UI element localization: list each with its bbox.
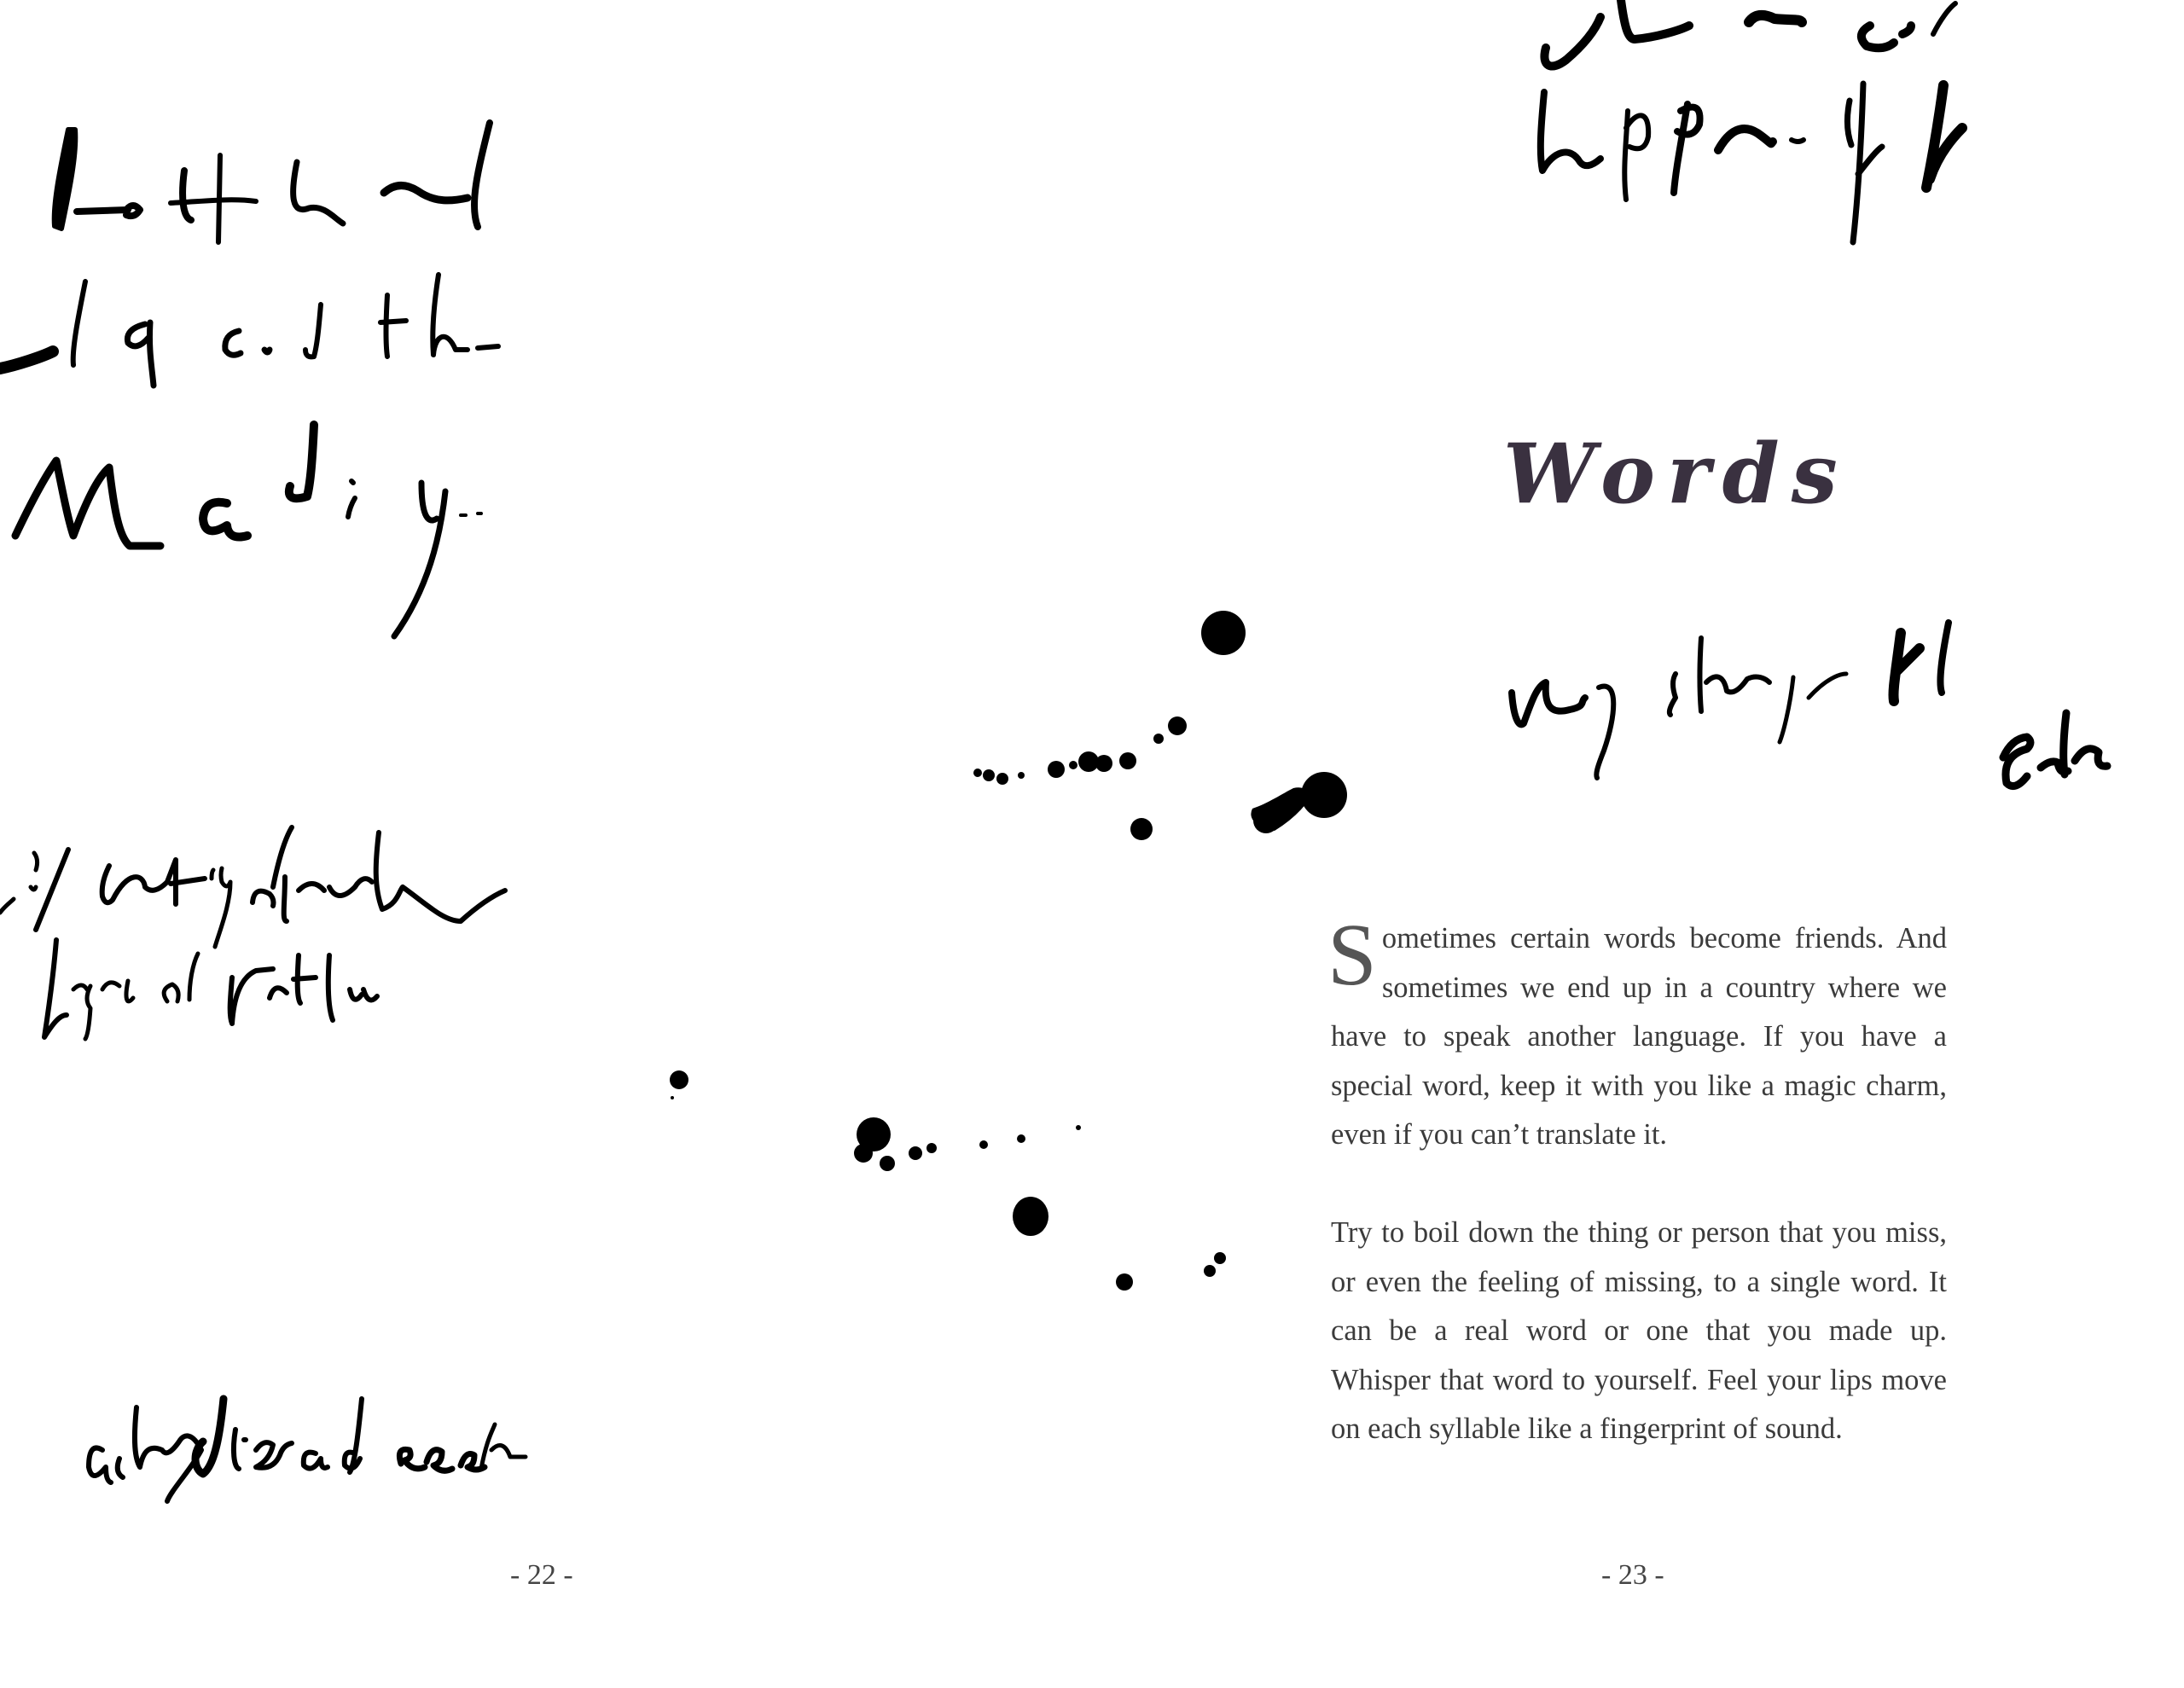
paragraph-1: Sometimes certain words become friends. … [1331,914,1947,1160]
body-text: Sometimes certain words become friends. … [1331,914,1947,1454]
page-title: Words [1503,433,1850,515]
drop-cap: S [1327,919,1377,991]
paragraph-1-text: ometimes certain words become friends. A… [1331,922,1947,1151]
left-page: - 22 - [0,0,1092,1688]
page-number-right: - 23 - [1601,1559,1664,1592]
page-number-left: - 22 - [510,1559,573,1592]
book-spread: - 22 - Words Sometimes certain words bec… [0,0,2184,1688]
paragraph-2: Try to boil down the thing or person tha… [1331,1209,1947,1454]
